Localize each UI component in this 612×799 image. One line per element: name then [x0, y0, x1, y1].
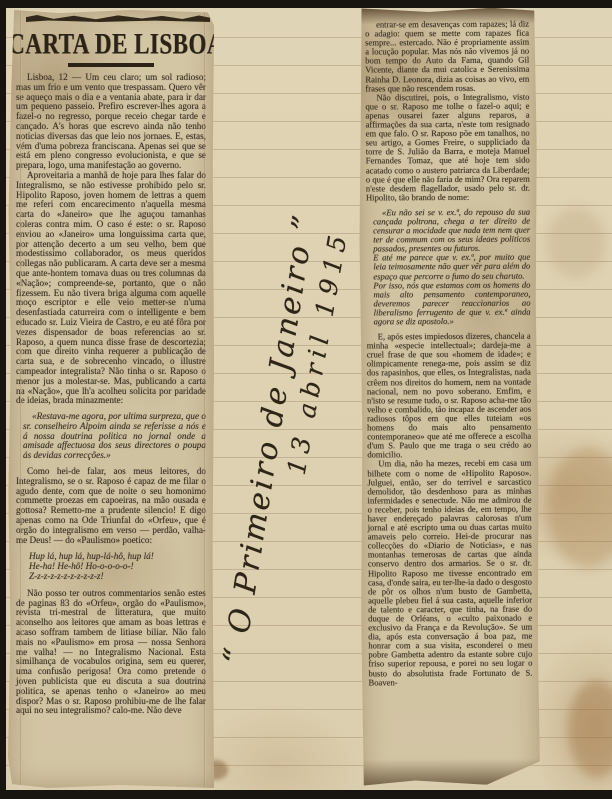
- newspaper-clipping-right: entrar-se em desavenças com rapazes; lá …: [358, 8, 540, 785]
- notebook-page: CARTA DE LISBOA Lisboa, 12 — Um ceu clar…: [6, 8, 612, 790]
- quote-left: «Restava-me agora, por ultima surpreza, …: [23, 412, 206, 461]
- paragraph-right-3: E, após estes impiedosos dizeres, chance…: [367, 332, 532, 460]
- paper-crease: [204, 10, 206, 788]
- headline-rule: [68, 63, 154, 67]
- paragraph-left-4: Não posso ter outros commentarios senão …: [16, 589, 206, 716]
- newspaper-clipping-left: CARTA DE LISBOA Lisboa, 12 — Um ceu clar…: [8, 10, 214, 788]
- paragraph-left-1: Lisboa, 12 — Um ceu claro; um sol radios…: [16, 73, 206, 171]
- paragraph-left-3: Como hei-de falar, aos meus leitores, do…: [16, 467, 206, 545]
- article-body-right: entrar-se em desavenças com rapazes; lá …: [358, 8, 540, 687]
- paragraph-left-2: Aproveitaria a manhã de hoje para lhes f…: [16, 171, 206, 406]
- paragraph-right-4: Um dia, não ha mezes, recebi em casa um …: [367, 459, 532, 687]
- article-headline: CARTA DE LISBOA: [8, 28, 214, 61]
- paragraph-right-1: entrar-se em desavenças com rapazes; lá …: [365, 20, 529, 94]
- paragraph-right-2: Não discutirei, pois, o Integralismo, vi…: [365, 92, 530, 202]
- torn-top-bar: [26, 15, 210, 22]
- paper-crease: [20, 10, 22, 788]
- quote-right: «Eu não sei se v. ex.ª, do repouso da su…: [373, 207, 531, 326]
- scanned-page: CARTA DE LISBOA Lisboa, 12 — Um ceu clar…: [0, 0, 612, 799]
- article-body-left: Lisboa, 12 — Um ceu claro; um sol radios…: [8, 71, 214, 716]
- verse-lines: Hup lá, hup lá, hup-lá-hô, hup lá! He-ha…: [29, 552, 206, 581]
